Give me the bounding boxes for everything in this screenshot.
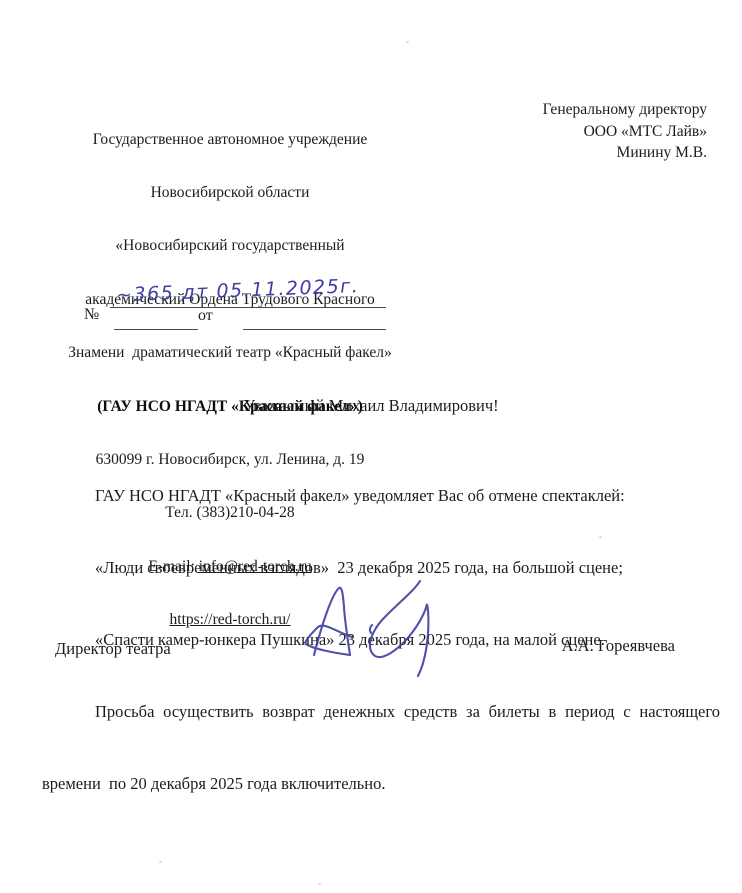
addressee-title: Генеральному директору xyxy=(447,99,707,121)
signature-stroke xyxy=(370,625,372,633)
ref-number-label: № xyxy=(84,306,99,324)
signature-stroke xyxy=(306,626,352,655)
addressee-block: Генеральному директору ООО «МТС Лайв» Ми… xyxy=(447,99,707,164)
ref-from-label: от xyxy=(198,307,213,325)
sender-line: «Новосибирский государственный xyxy=(42,237,418,255)
scanned-letter-page: Государственное автономное учреждение Но… xyxy=(0,0,742,893)
signature-stroke xyxy=(314,588,350,655)
addressee-company: ООО «МТС Лайв» xyxy=(447,121,707,143)
ref-number-line xyxy=(114,329,198,330)
body-paragraph: времени по 20 декабря 2025 года включите… xyxy=(42,772,720,796)
sender-line: Государственное автономное учреждение xyxy=(42,131,418,149)
ref-top-line xyxy=(110,307,386,308)
salutation: Уважаемый Михаил Владимирович! xyxy=(0,396,742,416)
scan-speck xyxy=(159,861,162,863)
director-signature-ink xyxy=(293,576,445,686)
signature-stroke xyxy=(370,581,428,676)
addressee-name: Минину М.В. xyxy=(447,142,707,164)
ref-date-line xyxy=(243,329,386,330)
sender-line: Новосибирской области xyxy=(42,184,418,202)
scan-speck xyxy=(318,883,321,885)
sender-line: Знамени драматический театр «Красный фак… xyxy=(42,344,418,362)
scan-speck xyxy=(406,41,409,43)
body-paragraph: ГАУ НСО НГАДТ «Красный факел» уведомляет… xyxy=(42,484,720,508)
signer-position-label: Директор театра xyxy=(55,639,171,659)
scan-speck xyxy=(599,536,602,538)
body-paragraph: Просьба осуществить возврат денежных сре… xyxy=(42,700,720,724)
signer-name: А.А. Гореявчева xyxy=(562,636,675,656)
